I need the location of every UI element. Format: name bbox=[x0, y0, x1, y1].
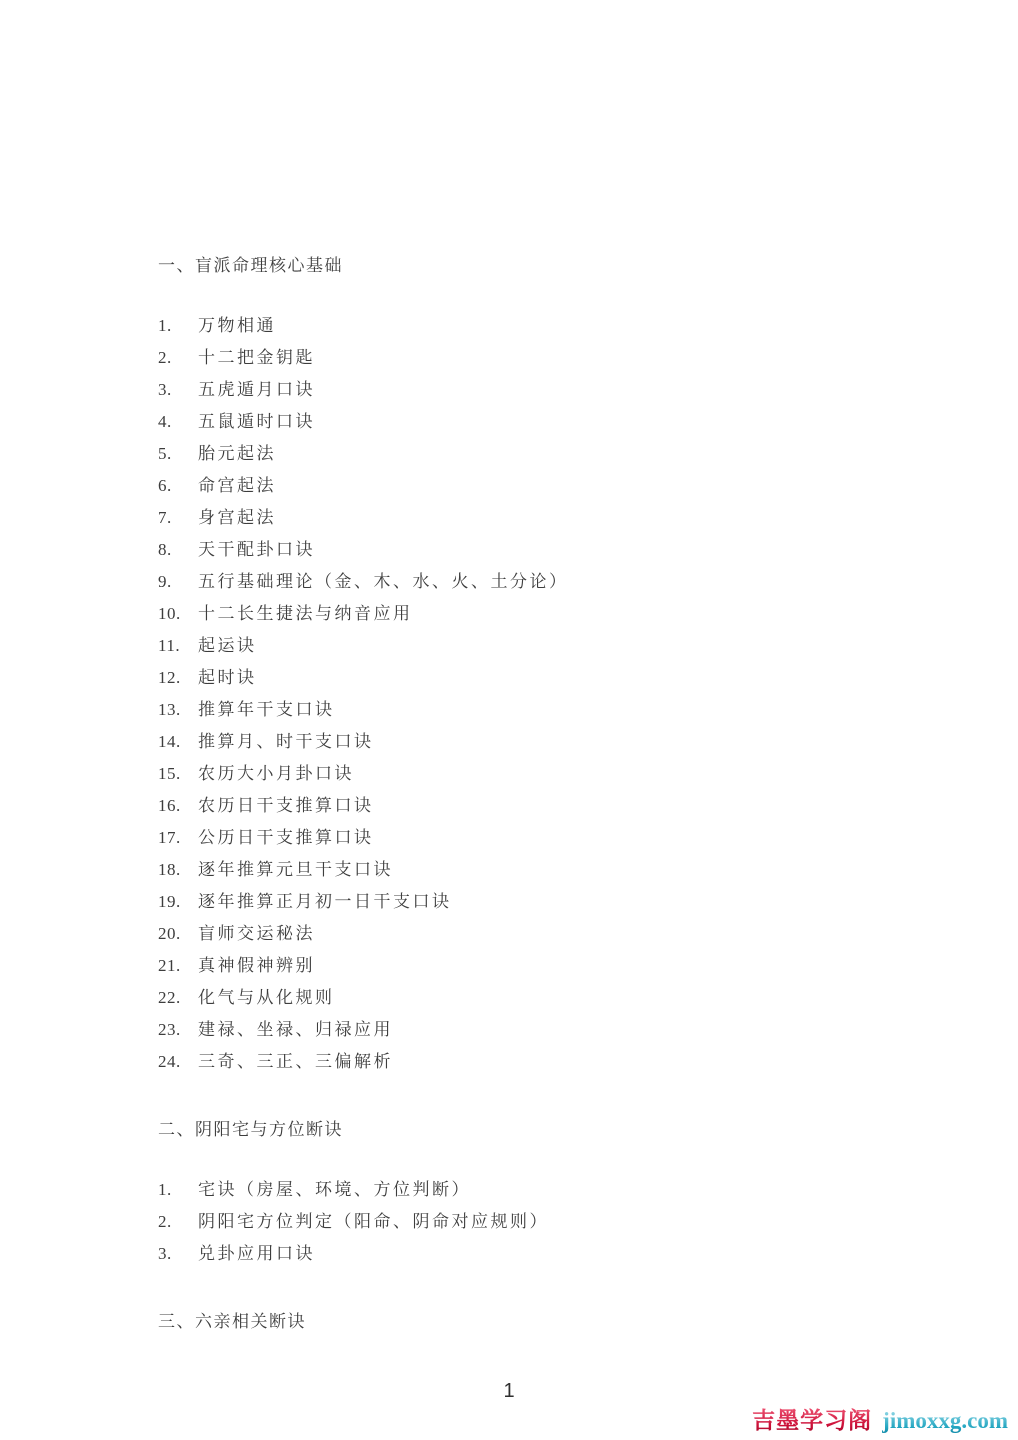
toc-item-number: 13. bbox=[158, 694, 198, 726]
toc-section-title: 二、阴阳宅与方位断诀 bbox=[158, 1114, 968, 1146]
toc-item: 23.建禄、坐禄、归禄应用 bbox=[158, 1014, 968, 1046]
toc-item: 3.兑卦应用口诀 bbox=[158, 1238, 968, 1270]
toc-item-text: 逐年推算元旦干支口诀 bbox=[198, 854, 393, 886]
toc-section: 二、阴阳宅与方位断诀1.宅诀（房屋、环境、方位判断）2.阴阳宅方位判定（阳命、阴… bbox=[158, 1114, 968, 1270]
toc-item: 19.逐年推算正月初一日干支口诀 bbox=[158, 886, 968, 918]
toc-item-number: 20. bbox=[158, 918, 198, 950]
toc-item: 17.公历日干支推算口诀 bbox=[158, 822, 968, 854]
toc-item-number: 6. bbox=[158, 470, 198, 502]
toc-item: 9.五行基础理论（金、木、水、火、土分论） bbox=[158, 566, 968, 598]
toc-item-number: 12. bbox=[158, 662, 198, 694]
watermark: 吉墨学习阁 jimoxxg.com bbox=[752, 1402, 1008, 1435]
toc-item-text: 命宫起法 bbox=[198, 470, 276, 502]
toc-item-number: 2. bbox=[158, 342, 198, 374]
toc-item-text: 五鼠遁时口诀 bbox=[198, 406, 315, 438]
toc-item-number: 1. bbox=[158, 1174, 198, 1206]
toc-item-list: 1.宅诀（房屋、环境、方位判断）2.阴阳宅方位判定（阳命、阴命对应规则）3.兑卦… bbox=[158, 1174, 968, 1270]
toc-item-text: 逐年推算正月初一日干支口诀 bbox=[198, 886, 452, 918]
page-number: 1 bbox=[0, 1380, 1018, 1403]
toc-item: 16.农历日干支推算口诀 bbox=[158, 790, 968, 822]
toc-item: 24.三奇、三正、三偏解析 bbox=[158, 1046, 968, 1078]
toc-item-number: 2. bbox=[158, 1206, 198, 1238]
toc-item-number: 1. bbox=[158, 310, 198, 342]
toc-item-text: 万物相通 bbox=[198, 310, 276, 342]
toc-item-number: 15. bbox=[158, 758, 198, 790]
toc-item: 7.身宫起法 bbox=[158, 502, 968, 534]
toc-item-number: 3. bbox=[158, 1238, 198, 1270]
toc-item-number: 14. bbox=[158, 726, 198, 758]
toc-item: 13.推算年干支口诀 bbox=[158, 694, 968, 726]
toc-item-number: 11. bbox=[158, 630, 198, 662]
toc-item-list: 1.万物相通2.十二把金钥匙3.五虎遁月口诀4.五鼠遁时口诀5.胎元起法6.命宫… bbox=[158, 310, 968, 1078]
toc-item: 21.真神假神辨别 bbox=[158, 950, 968, 982]
toc-item-text: 三奇、三正、三偏解析 bbox=[198, 1046, 393, 1078]
toc-section: 一、盲派命理核心基础1.万物相通2.十二把金钥匙3.五虎遁月口诀4.五鼠遁时口诀… bbox=[158, 250, 968, 1078]
toc-item: 8.天干配卦口诀 bbox=[158, 534, 968, 566]
toc-item: 4.五鼠遁时口诀 bbox=[158, 406, 968, 438]
toc-item: 15.农历大小月卦口诀 bbox=[158, 758, 968, 790]
toc-item: 2.阴阳宅方位判定（阳命、阴命对应规则） bbox=[158, 1206, 968, 1238]
toc-item-text: 盲师交运秘法 bbox=[198, 918, 315, 950]
toc-item-text: 农历大小月卦口诀 bbox=[198, 758, 354, 790]
toc-item-text: 起时诀 bbox=[198, 662, 257, 694]
toc-item-text: 化气与从化规则 bbox=[198, 982, 335, 1014]
toc-item-text: 起运诀 bbox=[198, 630, 257, 662]
toc-item-number: 5. bbox=[158, 438, 198, 470]
toc-item: 6.命宫起法 bbox=[158, 470, 968, 502]
toc-item: 11.起运诀 bbox=[158, 630, 968, 662]
toc-section-title: 三、六亲相关断诀 bbox=[158, 1306, 968, 1338]
toc-item: 14.推算月、时干支口诀 bbox=[158, 726, 968, 758]
toc-item-number: 3. bbox=[158, 374, 198, 406]
toc-item-text: 推算月、时干支口诀 bbox=[198, 726, 374, 758]
toc-item-number: 23. bbox=[158, 1014, 198, 1046]
watermark-brand: 吉墨学习阁 bbox=[752, 1402, 872, 1435]
toc-item-number: 17. bbox=[158, 822, 198, 854]
toc-item-text: 十二把金钥匙 bbox=[198, 342, 315, 374]
toc-section: 三、六亲相关断诀 bbox=[158, 1306, 968, 1338]
toc-item-number: 4. bbox=[158, 406, 198, 438]
toc-item: 2.十二把金钥匙 bbox=[158, 342, 968, 374]
toc-item-text: 真神假神辨别 bbox=[198, 950, 315, 982]
toc-item: 12.起时诀 bbox=[158, 662, 968, 694]
watermark-site: jimoxxg.com bbox=[882, 1408, 1008, 1434]
toc-item-number: 9. bbox=[158, 566, 198, 598]
toc-item-text: 五虎遁月口诀 bbox=[198, 374, 315, 406]
toc-item-number: 21. bbox=[158, 950, 198, 982]
toc-section-title: 一、盲派命理核心基础 bbox=[158, 250, 968, 282]
toc-item: 22.化气与从化规则 bbox=[158, 982, 968, 1014]
toc-item-text: 宅诀（房屋、环境、方位判断） bbox=[198, 1174, 471, 1206]
toc-item-text: 推算年干支口诀 bbox=[198, 694, 335, 726]
toc-item-number: 7. bbox=[158, 502, 198, 534]
toc-item-text: 兑卦应用口诀 bbox=[198, 1238, 315, 1270]
toc-item-text: 建禄、坐禄、归禄应用 bbox=[198, 1014, 393, 1046]
toc-item: 3.五虎遁月口诀 bbox=[158, 374, 968, 406]
toc-item-number: 10. bbox=[158, 598, 198, 630]
toc-item-number: 8. bbox=[158, 534, 198, 566]
toc-item-text: 公历日干支推算口诀 bbox=[198, 822, 374, 854]
toc-item-text: 胎元起法 bbox=[198, 438, 276, 470]
toc-item: 18.逐年推算元旦干支口诀 bbox=[158, 854, 968, 886]
toc-item-number: 24. bbox=[158, 1046, 198, 1078]
toc-item-number: 22. bbox=[158, 982, 198, 1014]
toc-item: 5.胎元起法 bbox=[158, 438, 968, 470]
toc-item-number: 16. bbox=[158, 790, 198, 822]
toc-item: 20.盲师交运秘法 bbox=[158, 918, 968, 950]
toc-item-text: 天干配卦口诀 bbox=[198, 534, 315, 566]
toc-item-text: 阴阳宅方位判定（阳命、阴命对应规则） bbox=[198, 1206, 549, 1238]
toc-item: 1.宅诀（房屋、环境、方位判断） bbox=[158, 1174, 968, 1206]
toc-item-text: 十二长生捷法与纳音应用 bbox=[198, 598, 413, 630]
toc-item-text: 五行基础理论（金、木、水、火、土分论） bbox=[198, 566, 569, 598]
table-of-contents: 一、盲派命理核心基础1.万物相通2.十二把金钥匙3.五虎遁月口诀4.五鼠遁时口诀… bbox=[158, 250, 968, 1338]
toc-item: 1.万物相通 bbox=[158, 310, 968, 342]
toc-item-text: 身宫起法 bbox=[198, 502, 276, 534]
toc-item-number: 19. bbox=[158, 886, 198, 918]
toc-item: 10.十二长生捷法与纳音应用 bbox=[158, 598, 968, 630]
toc-item-text: 农历日干支推算口诀 bbox=[198, 790, 374, 822]
document-page: 一、盲派命理核心基础1.万物相通2.十二把金钥匙3.五虎遁月口诀4.五鼠遁时口诀… bbox=[0, 0, 1018, 1440]
toc-item-number: 18. bbox=[158, 854, 198, 886]
